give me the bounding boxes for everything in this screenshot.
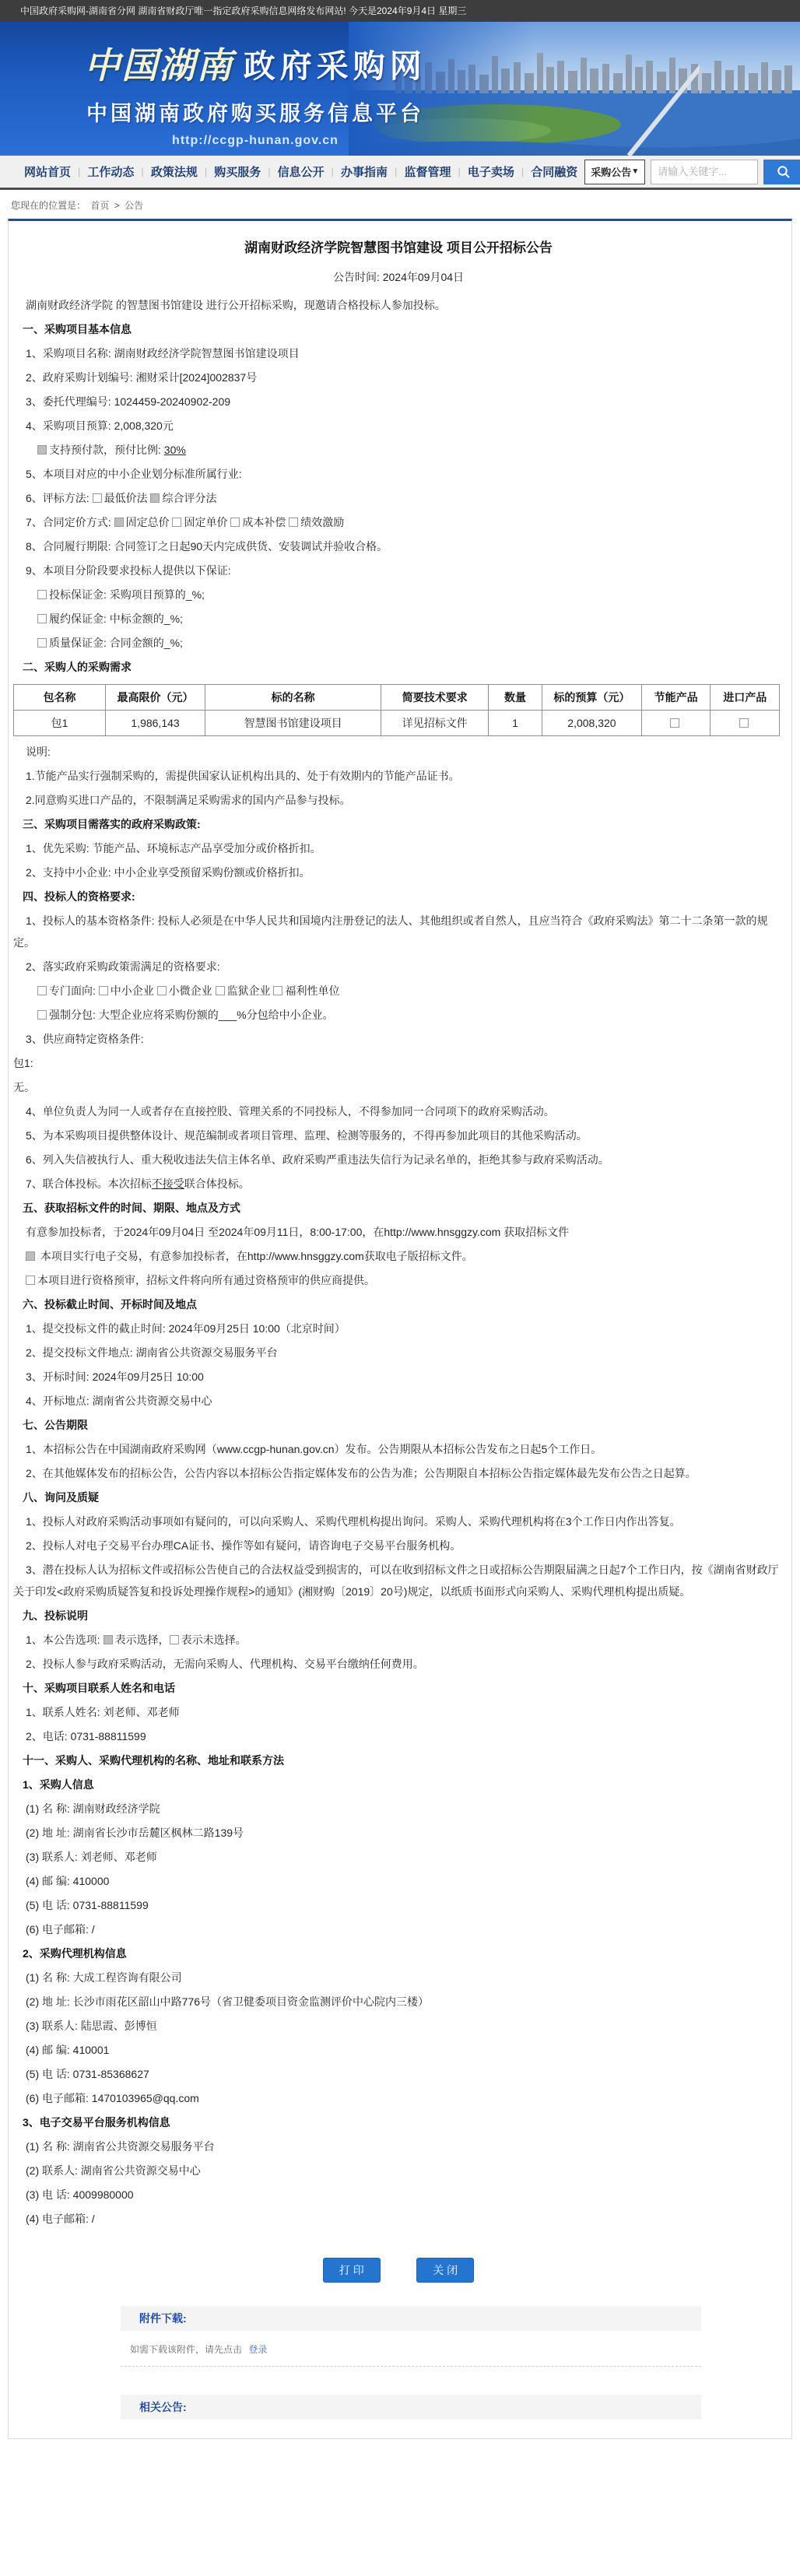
breadcrumb: 您现在的位置是： 首页 > 公告: [0, 190, 800, 219]
text-run: 投标保证金: 采购项目预算的_%;: [49, 588, 205, 601]
paragraph: 2、支持中小企业: 中小企业享受预留采购份额或价格折扣。: [13, 862, 784, 883]
paragraph: 说明:: [13, 741, 784, 763]
paragraph: (4) 邮 编: 410001: [13, 2039, 784, 2061]
text-run: 最低价法: [104, 492, 151, 504]
checkbox-checked-icon: [114, 518, 124, 527]
paragraph: 2、投标人参与政府采购活动，无需向采购人、代理机构、交易平台缴纳任何费用。: [13, 1653, 784, 1675]
paragraph: 无。: [13, 1076, 784, 1098]
section-heading: 3、电子交易平台服务机构信息: [13, 2111, 784, 2133]
paragraph: 4、采购项目预算: 2,008,320元: [13, 415, 784, 437]
section-heading: 一、采购项目基本信息: [13, 318, 784, 340]
page-title: 湖南财政经济学院智慧图书馆建设 项目公开招标公告: [13, 237, 784, 256]
paragraph: (2) 联系人: 湖南省公共资源交易中心: [13, 2160, 784, 2181]
checkbox-unchecked-icon: [99, 986, 108, 995]
checkbox-unchecked-icon: [26, 1276, 35, 1285]
paragraph: 3、潜在投标人认为招标文件或招标公告使自己的合法权益受到损害的，可以在收到招标文…: [13, 1559, 784, 1602]
paragraph: 本项目实行电子交易，有意参加投标者，在http://www.hnsggzy.co…: [13, 1245, 784, 1267]
related-announcements-section: 相关公告:: [121, 2395, 701, 2420]
nav-item-7[interactable]: 监督管理: [397, 163, 458, 180]
paragraph: 2、落实政府采购政策需满足的资格要求:: [13, 956, 784, 977]
table-header-cell: 数量: [489, 685, 542, 711]
paragraph: 4、开标地点: 湖南省公共资源交易中心: [13, 1390, 784, 1412]
paragraph: (4) 电子邮箱: /: [13, 2208, 784, 2230]
text-run: 绩效激励: [300, 516, 344, 528]
checkbox-unchecked-icon: [37, 1010, 47, 1020]
print-button[interactable]: 打 印: [323, 2258, 381, 2283]
nav-item-3[interactable]: 政策法规: [144, 163, 205, 180]
search-category-value: 采购公告: [591, 164, 631, 179]
paragraph: 1、采购项目名称: 湖南财政经济学院智慧图书馆建设项目: [13, 342, 784, 364]
paragraph: 3、开标时间: 2024年09月25日 10:00: [13, 1366, 784, 1388]
paragraph: 6、评标方法: 最低价法 综合评分法: [13, 487, 784, 509]
section-heading: 十、采购项目联系人姓名和电话: [13, 1677, 784, 1699]
text-run: 中小企业: [111, 984, 157, 997]
logo-calligraphy-text: 中国湖南: [84, 46, 233, 86]
table-header-row: 包名称最高限价（元）标的名称简要技术要求数量标的预算（元）节能产品进口产品: [14, 685, 780, 711]
table-row: 包11,986,143智慧图书馆建设项目详见招标文件12,008,320: [14, 711, 780, 736]
paragraph: 1、本招标公告在中国湖南政府采购网（www.ccgp-hunan.gov.cn）…: [13, 1438, 784, 1460]
nav-item-5[interactable]: 信息公开: [271, 163, 332, 180]
top-status-text: 中国政府采购网-湖南省分网 湖南省财政厅唯一指定政府采购信息网络发布网站! 今天…: [20, 5, 466, 16]
table-cell: [641, 711, 711, 736]
logo-main-text: 政府采购网: [244, 48, 426, 84]
underlined-text: 30%: [164, 444, 186, 456]
nav-list: 网站首页|工作动态|政策法规|购买服务|信息公开|办事指南|监督管理|电子卖场|…: [17, 163, 584, 180]
paragraph: (1) 名 称: 大成工程咨询有限公司: [13, 1967, 784, 1988]
text-run: 专门面向:: [49, 984, 99, 997]
paragraph: 湖南财政经济学院 的智慧图书馆建设 进行公开招标采购，现邀请合格投标人参加投标。: [13, 294, 784, 316]
table-header-cell: 标的名称: [205, 685, 381, 711]
paragraph: 包1:: [13, 1052, 784, 1074]
paragraph: 本项目进行资格预审，招标文件将向所有通过资格预审的供应商提供。: [13, 1269, 784, 1291]
text-run: 1、本公告选项:: [26, 1634, 104, 1646]
main-navbar: 网站首页|工作动态|政策法规|购买服务|信息公开|办事指南|监督管理|电子卖场|…: [0, 156, 800, 190]
checkbox-checked-icon: [37, 445, 47, 454]
table-header-cell: 简要技术要求: [381, 685, 489, 711]
table-header-cell: 标的预算（元）: [542, 685, 641, 711]
paragraph: 8、合同履行期限: 合同签订之日起90天内完成供货、安装调试并验收合格。: [13, 535, 784, 557]
paragraph: 2、提交投标文件地点: 湖南省公共资源交易服务平台: [13, 1342, 784, 1363]
attachments-hint: 如需下载该附件，请先点击 登录: [121, 2331, 701, 2367]
site-logo: 中国湖南 政府采购网 中国湖南政府购买服务信息平台 http://ccgp-hu…: [37, 37, 473, 148]
paragraph: (6) 电子邮箱: /: [13, 1918, 784, 1940]
publish-date-line: 公告时间: 2024年09月04日: [13, 269, 784, 285]
text-run: 7、合同定价方式:: [26, 516, 114, 528]
checkbox-unchecked-icon: [170, 1635, 179, 1644]
paragraph: 专门面向: 中小企业 小微企业 监狱企业 福利性单位: [13, 980, 784, 1002]
table-header-cell: 节能产品: [641, 685, 711, 711]
paragraph: 9、本项目分阶段要求投标人提供以下保证:: [13, 560, 784, 581]
article-body: 湖南财政经济学院 的智慧图书馆建设 进行公开招标采购，现邀请合格投标人参加投标。…: [13, 294, 784, 2230]
text-run: 小微企业: [169, 984, 216, 997]
checkbox-unchecked-icon: [216, 986, 225, 995]
text-run: 本项目实行电子交易，有意参加投标者，在http://www.hnsggzy.co…: [37, 1250, 473, 1262]
paragraph: (5) 电 话: 0731-88811599: [13, 1894, 784, 1916]
checkbox-unchecked-icon: [157, 986, 167, 995]
nav-item-1[interactable]: 网站首页: [17, 163, 78, 180]
section-heading: 九、投标说明: [13, 1605, 784, 1627]
paragraph: 2、政府采购计划编号: 湘财采计[2024]002837号: [13, 367, 784, 388]
nav-item-9[interactable]: 合同融资: [524, 163, 584, 180]
underlined-text: 不接受: [152, 1177, 184, 1190]
publish-date-value: 2024年09月04日: [383, 271, 464, 283]
paragraph: 1、投标人的基本资格条件: 投标人必须是在中华人民共和国境内注册登记的法人、其他…: [13, 910, 784, 953]
paragraph: 1、本公告选项: 表示选择，表示未选择。: [13, 1629, 784, 1651]
section-heading: 五、获取招标文件的时间、期限、地点及方式: [13, 1197, 784, 1219]
search-button[interactable]: [763, 160, 800, 184]
checkbox-unchecked-icon: [37, 614, 47, 623]
text-run: 强制分包: 大型企业应将采购份额的___%分包给中小企业。: [49, 1009, 334, 1021]
publish-date-label: 公告时间:: [333, 271, 380, 283]
paragraph: 3、委托代理编号: 1024459-20240902-209: [13, 391, 784, 412]
section-heading: 七、公告期限: [13, 1414, 784, 1436]
paragraph: (5) 电 话: 0731-85368627: [13, 2063, 784, 2085]
section-heading: 十一、采购人、采购代理机构的名称、地址和联系方法: [13, 1750, 784, 1771]
requirements-table: 包名称最高限价（元）标的名称简要技术要求数量标的预算（元）节能产品进口产品包11…: [13, 684, 780, 736]
paragraph: 强制分包: 大型企业应将采购份额的___%分包给中小企业。: [13, 1004, 784, 1026]
text-run: 联合体投标。: [184, 1177, 250, 1190]
paragraph: (1) 名 称: 湖南财政经济学院: [13, 1798, 784, 1820]
text-run: 本项目进行资格预审，招标文件将向所有通过资格预审的供应商提供。: [37, 1274, 375, 1286]
attachments-hint-text: 如需下载该附件，请先点击: [130, 2344, 242, 2355]
nav-item-2[interactable]: 工作动态: [80, 163, 141, 180]
checkbox-checked-icon: [104, 1635, 113, 1644]
checkbox-unchecked-icon: [37, 986, 47, 995]
paragraph: 支持预付款，预付比例: 30%: [13, 439, 784, 461]
paragraph: 1、投标人对政府采购活动事项如有疑问的，可以向采购人、采购代理机构提出询问。采购…: [13, 1511, 784, 1532]
paragraph: 2、在其他媒体发布的招标公告，公告内容以本招标公告指定媒体发布的公告为准；公告期…: [13, 1462, 784, 1484]
paragraph: 2.同意购买进口产品的，不限制满足采购需求的国内产品参与投标。: [13, 789, 784, 811]
attachments-section: 附件下载: 如需下载该附件，请先点击 登录: [121, 2306, 701, 2367]
text-run: 固定单价: [184, 516, 230, 528]
text-run: 福利性单位: [285, 984, 339, 997]
checkbox-unchecked-icon: [37, 590, 47, 599]
announcement-content-box: 湖南财政经济学院智慧图书馆建设 项目公开招标公告 公告时间: 2024年09月0…: [8, 219, 792, 2439]
top-status-bar: 中国政府采购网-湖南省分网 湖南省财政厅唯一指定政府采购信息网络发布网站! 今天…: [0, 0, 800, 22]
search-icon: [777, 165, 791, 179]
paragraph: (4) 邮 编: 410000: [13, 1870, 784, 1892]
attachments-header: 附件下载:: [121, 2306, 701, 2331]
table-cell: 1: [489, 711, 542, 736]
paragraph: 3、供应商特定资格条件:: [13, 1028, 784, 1050]
table-cell: 智慧图书馆建设项目: [205, 711, 381, 736]
paragraph: 有意参加投标者，于2024年09月04日 至2024年09月11日，8:00-1…: [13, 1221, 784, 1243]
section-heading: 1、采购人信息: [13, 1774, 784, 1795]
table-header-cell: 最高限价（元）: [106, 685, 205, 711]
paragraph: 投标保证金: 采购项目预算的_%;: [13, 584, 784, 605]
paragraph: (3) 电 话: 4009980000: [13, 2184, 784, 2206]
table-cell: [711, 711, 780, 736]
paragraph: (3) 联系人: 陆思霞、彭博恒: [13, 2015, 784, 2037]
section-heading: 2、采购代理机构信息: [13, 1943, 784, 1964]
text-run: 履约保证金: 中标金额的_%;: [49, 612, 183, 625]
search-category-select[interactable]: 采购公告 ▼: [584, 160, 645, 184]
nav-item-6[interactable]: 办事指南: [334, 163, 395, 180]
checkbox-unchecked-icon: [93, 493, 102, 503]
search-input[interactable]: [651, 160, 758, 184]
text-run: 表示未选择。: [181, 1634, 247, 1646]
paragraph: (2) 地 址: 长沙市雨花区韶山中路776号（省卫健委项目资金监测评价中心院内…: [13, 1991, 784, 2013]
nav-item-8[interactable]: 电子卖场: [461, 163, 521, 180]
paragraph: (2) 地 址: 湖南省长沙市岳麓区枫林二路139号: [13, 1822, 784, 1844]
action-buttons: 打 印 关 闭: [13, 2258, 784, 2283]
text-run: 6、评标方法:: [26, 492, 93, 504]
text-run: 成本补偿: [242, 516, 289, 528]
logo-url: http://ccgp-hunan.gov.cn: [37, 134, 473, 148]
table-cell: 2,008,320: [542, 711, 641, 736]
login-link[interactable]: 登录: [248, 2344, 267, 2355]
paragraph: 7、合同定价方式: 固定总价 固定单价 成本补偿 绩效激励: [13, 511, 784, 533]
text-run: 7、联合体投标。本次招标: [26, 1177, 152, 1190]
breadcrumb-home-link[interactable]: 首页: [90, 200, 109, 211]
paragraph: 履约保证金: 中标金额的_%;: [13, 608, 784, 630]
checkbox-unchecked-icon: [172, 518, 181, 527]
logo-subtitle: 中国湖南政府购买服务信息平台: [37, 97, 473, 127]
spacer: [13, 2367, 784, 2395]
table-cell: 1,986,143: [106, 711, 205, 736]
checkbox-unchecked-icon: [289, 518, 298, 527]
checkbox-unchecked-icon: [273, 986, 282, 995]
checkbox-unchecked-icon: [739, 718, 749, 728]
table-cell: 包1: [14, 711, 106, 736]
paragraph: (6) 电子邮箱: 1470103965@qq.com: [13, 2087, 784, 2109]
search-box: 采购公告 ▼: [584, 160, 800, 184]
checkbox-unchecked-icon: [230, 518, 240, 527]
breadcrumb-current-link[interactable]: 公告: [125, 200, 143, 211]
paragraph: 5、本项目对应的中小企业划分标准所属行业:: [13, 463, 784, 485]
paragraph: 6、列入失信被执行人、重大税收违法失信主体名单、政府采购严重违法失信行为记录名单…: [13, 1149, 784, 1170]
breadcrumb-prefix: 您现在的位置是：: [11, 200, 86, 211]
paragraph: (1) 名 称: 湖南省公共资源交易服务平台: [13, 2136, 784, 2157]
paragraph: 2、电话: 0731-88811599: [13, 1725, 784, 1747]
paragraph: 5、为本采购项目提供整体设计、规范编制或者项目管理、监理、检测等服务的，不得再参…: [13, 1125, 784, 1146]
paragraph: (3) 联系人: 刘老师、邓老师: [13, 1846, 784, 1868]
section-heading: 四、投标人的资格要求:: [13, 886, 784, 907]
text-run: 监狱企业: [227, 984, 274, 997]
paragraph: 2、投标人对电子交易平台办理CA证书、操作等如有疑问，请咨询电子交易平台服务机构…: [13, 1535, 784, 1556]
paragraph: 1、联系人姓名: 刘老师、邓老师: [13, 1701, 784, 1723]
checkbox-unchecked-icon: [670, 718, 679, 728]
table-cell: 详见招标文件: [381, 711, 489, 736]
paragraph: 7、联合体投标。本次招标不接受联合体投标。: [13, 1173, 784, 1195]
text-run: 质量保证金: 合同金额的_%;: [49, 637, 183, 649]
table-header-cell: 进口产品: [711, 685, 780, 711]
breadcrumb-separator: >: [114, 200, 120, 211]
section-heading: 六、投标截止时间、开标时间及地点: [13, 1293, 784, 1315]
checkbox-checked-icon: [26, 1251, 35, 1261]
close-button[interactable]: 关 闭: [416, 2258, 474, 2283]
chevron-down-icon: ▼: [631, 167, 639, 176]
paragraph: 4、单位负责人为同一人或者存在直接控股、管理关系的不同投标人，不得参加同一合同项…: [13, 1100, 784, 1122]
checkbox-unchecked-icon: [37, 638, 47, 648]
checkbox-checked-icon: [150, 493, 160, 503]
section-heading: 三、采购项目需落实的政府采购政策:: [13, 813, 784, 835]
table-header-cell: 包名称: [14, 685, 106, 711]
paragraph: 1、优先采购: 节能产品、环境标志产品享受加分或价格折扣。: [13, 837, 784, 859]
related-announcements-header: 相关公告:: [121, 2395, 701, 2420]
nav-item-4[interactable]: 购买服务: [207, 163, 268, 180]
paragraph: 1、提交投标文件的截止时间: 2024年09月25日 10:00（北京时间）: [13, 1318, 784, 1339]
section-heading: 二、采购人的采购需求: [13, 656, 784, 678]
paragraph: 质量保证金: 合同金额的_%;: [13, 632, 784, 654]
section-heading: 八、询问及质疑: [13, 1486, 784, 1508]
paragraph: 1.节能产品实行强制采购的，需提供国家认证机构出具的、处于有效期内的节能产品证书…: [13, 765, 784, 787]
site-banner: 中国湖南 政府采购网 中国湖南政府购买服务信息平台 http://ccgp-hu…: [0, 22, 800, 156]
